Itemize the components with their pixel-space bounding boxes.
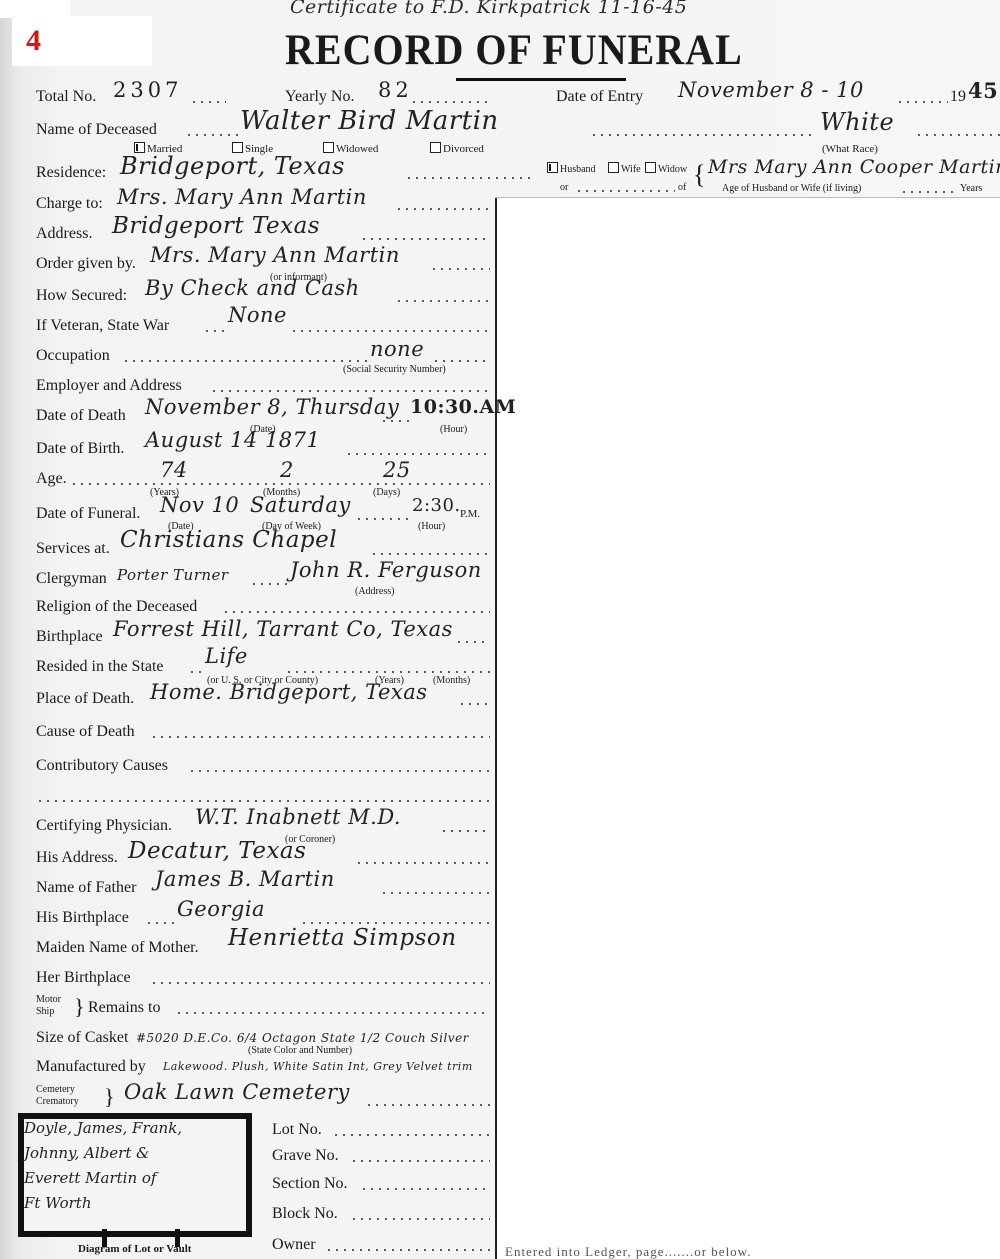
brace: }: [104, 1084, 115, 1110]
dotted-line: [365, 1104, 490, 1106]
dotted-line: [355, 518, 410, 520]
spouse-age-unit: Years: [960, 183, 982, 194]
date-of-entry-value: November 8 - 10: [678, 78, 864, 102]
dotted-line: [122, 360, 367, 362]
services-at-value: Christians Chapel: [120, 527, 337, 553]
spouse-or: or: [560, 182, 568, 193]
father-birthplace-value: Georgia: [177, 897, 265, 921]
age-months-value: 2: [280, 458, 294, 482]
dotted-line: [410, 101, 488, 103]
occupation-value: none: [370, 337, 424, 361]
address-value: Bridgeport Texas: [112, 213, 320, 239]
funeral-hour-caption: (Hour): [418, 521, 445, 532]
physician-label: Certifying Physician.: [36, 817, 172, 835]
his-address-label: His Address.: [36, 849, 118, 867]
dotted-line: [458, 703, 490, 705]
dotted-line: [185, 134, 243, 136]
dotted-line: [222, 611, 490, 613]
cemetery-value: Oak Lawn Cemetery: [124, 1080, 350, 1104]
date-of-death-value: November 8, Thursday: [145, 395, 399, 419]
dotted-line: [145, 922, 175, 924]
dotted-line: [440, 830, 490, 832]
race-value: White: [820, 108, 894, 136]
father-label: Name of Father: [36, 879, 136, 897]
yearly-no-value: 82: [378, 78, 413, 102]
block-no-label: Block No.: [272, 1205, 338, 1223]
casket-value: #5020 D.E.Co. 6/4 Octagon State 1/2 Couc…: [136, 1031, 469, 1045]
dotted-line: [150, 982, 490, 984]
his-address-value: Decatur, Texas: [128, 838, 306, 864]
date-of-entry-label: Date of Entry: [556, 88, 643, 106]
brace: }: [74, 994, 85, 1020]
ledger-footer-text: Entered into Ledger, page.......or below…: [505, 1244, 751, 1259]
dotted-line: [915, 134, 1000, 136]
religion-label: Religion of the Deceased: [36, 598, 197, 616]
dotted-line: [350, 1160, 490, 1162]
dotted-line: [360, 1188, 490, 1190]
marital-divorced[interactable]: Divorced: [430, 142, 484, 155]
year-prefix: 19: [950, 88, 966, 106]
dotted-line: [70, 483, 490, 485]
certificate-note: Certificate to F.D. Kirkpatrick 11-16-45: [290, 0, 687, 18]
date-of-funeral-label: Date of Funeral.: [36, 505, 140, 523]
age-years-value: 74: [160, 458, 188, 482]
title-underline: [456, 78, 626, 81]
funeral-date-value: Nov 10: [160, 493, 239, 517]
dotted-line: [355, 862, 490, 864]
dotted-line: [360, 238, 490, 240]
clergyman-label: Clergyman: [36, 570, 107, 588]
clergyman-address-value: John R. Ferguson: [290, 558, 482, 582]
total-no-value: 2307: [113, 78, 182, 102]
dotted-line: [188, 671, 203, 673]
spouse-role-widow[interactable]: Widow: [645, 162, 687, 175]
funeral-ampm: P.M.: [460, 508, 480, 520]
dotted-line: [188, 770, 490, 772]
order-given-by-label: Order given by.: [36, 255, 136, 273]
dotted-line: [896, 101, 948, 103]
place-of-death-label: Place of Death.: [36, 690, 134, 708]
casket-caption: (State Color and Number): [248, 1045, 352, 1056]
cause-of-death-label: Cause of Death: [36, 723, 135, 741]
dotted-line: [332, 1134, 490, 1136]
name-of-deceased-label: Name of Deceased: [36, 121, 157, 139]
date-of-birth-label: Date of Birth.: [36, 440, 124, 458]
date-of-birth-value: August 14 1871: [145, 428, 320, 452]
services-at-label: Services at.: [36, 540, 110, 558]
order-given-by-value: Mrs. Mary Ann Martin: [150, 243, 400, 267]
motor-ship-label: MotorShip: [36, 994, 61, 1018]
manufactured-by-value: Lakewood. Plush, White Satin Int, Grey V…: [163, 1060, 473, 1073]
spouse-role-wife[interactable]: Wife: [608, 162, 641, 175]
lot-no-label: Lot No.: [272, 1121, 322, 1139]
funeral-hour-value: 2:30.: [412, 495, 461, 516]
social-security-caption: (Social Security Number): [343, 364, 446, 375]
page-number: 4: [26, 24, 41, 58]
diagram-caption: Diagram of Lot or Vault: [78, 1243, 191, 1255]
dotted-line: [325, 1249, 490, 1251]
resided-value: Life: [205, 644, 248, 668]
dotted-line: [190, 101, 226, 103]
deceased-name-value: Walter Bird Martin: [240, 106, 499, 136]
brace: {: [693, 160, 705, 190]
right-notes-panel: [495, 198, 1000, 1259]
dotted-line: [300, 922, 490, 924]
race-caption: (What Race): [822, 143, 878, 155]
mother-value: Henrietta Simpson: [228, 925, 457, 951]
employer-label: Employer and Address: [36, 377, 182, 395]
age-label: Age.: [36, 470, 67, 488]
death-hour-caption: (Hour): [440, 424, 467, 435]
death-hour-value: 10:30.AM: [410, 396, 516, 418]
dotted-line: [380, 892, 490, 894]
dotted-line: [900, 191, 958, 193]
dotted-line: [150, 736, 490, 738]
yearly-no-label: Yearly No.: [285, 88, 354, 106]
dotted-line: [350, 1218, 490, 1220]
dotted-line: [590, 134, 815, 136]
clergyman-value: Porter Turner: [117, 566, 229, 584]
age-days-caption: (Days): [373, 487, 400, 498]
dotted-line: [36, 800, 490, 802]
divorced-checkbox[interactable]: [430, 142, 441, 153]
dotted-line: [175, 1012, 490, 1014]
dotted-line: [395, 208, 490, 210]
husband-checkbox[interactable]: [547, 162, 558, 173]
dotted-line: [250, 583, 288, 585]
dotted-line: [203, 330, 228, 332]
remains-to-label: Remains to: [88, 999, 160, 1017]
spouse-name-value: Mrs Mary Ann Cooper Martin: [708, 156, 1000, 178]
address-label: Address.: [36, 225, 92, 243]
funeral-day-value: Saturday: [250, 493, 351, 517]
section-no-label: Section No.: [272, 1175, 348, 1193]
diagram-text: Doyle, James, Frank, Johnny, Albert & Ev…: [24, 1116, 182, 1216]
casket-label: Size of Casket: [36, 1029, 128, 1047]
dotted-line: [455, 641, 490, 643]
grave-no-label: Grave No.: [272, 1147, 339, 1165]
how-secured-value: By Check and Cash: [145, 276, 360, 300]
birthplace-value: Forrest Hill, Tarrant Co, Texas: [113, 617, 453, 641]
page-number-badge: 4: [12, 16, 152, 66]
dotted-line: [285, 671, 490, 673]
place-of-death-value: Home. Bridgeport, Texas: [150, 680, 428, 704]
widow-checkbox[interactable]: [645, 162, 656, 173]
dotted-line: [430, 268, 490, 270]
charge-to-value: Mrs. Mary Ann Martin: [117, 185, 367, 209]
owner-label: Owner: [272, 1236, 316, 1254]
father-birthplace-label: His Birthplace: [36, 909, 129, 927]
dotted-line: [370, 553, 490, 555]
dotted-line: [405, 177, 535, 179]
resided-label: Resided in the State: [36, 658, 164, 676]
how-secured-label: How Secured:: [36, 287, 127, 305]
cemetery-crematory-label: CemeteryCrematory: [36, 1084, 79, 1108]
spouse-role-husband[interactable]: Husband: [547, 162, 596, 175]
residence-label: Residence:: [36, 164, 106, 182]
date-of-death-label: Date of Death: [36, 407, 126, 425]
physician-value: W.T. Inabnett M.D.: [195, 805, 401, 829]
dotted-line: [380, 420, 410, 422]
residence-value: Bridgeport, Texas: [120, 152, 345, 180]
veteran-value: None: [228, 303, 287, 327]
dotted-line: [210, 390, 490, 392]
manufactured-by-label: Manufactured by: [36, 1058, 146, 1076]
veteran-label: If Veteran, State War: [36, 317, 169, 335]
clergyman-address-caption: (Address): [355, 586, 394, 597]
dotted-line: [395, 300, 490, 302]
spouse-of: of: [678, 182, 686, 193]
year-suffix: 45: [968, 78, 998, 103]
dotted-line: [575, 190, 675, 192]
occupation-label: Occupation: [36, 347, 110, 365]
contributory-causes-label: Contributory Causes: [36, 757, 168, 775]
page-title: RECORD OF FUNERAL: [285, 24, 743, 75]
mother-label: Maiden Name of Mother.: [36, 939, 199, 957]
total-no-label: Total No.: [36, 88, 96, 106]
dotted-line: [432, 360, 490, 362]
age-days-value: 25: [383, 458, 411, 482]
wife-checkbox[interactable]: [608, 162, 619, 173]
mother-birthplace-label: Her Birthplace: [36, 969, 131, 987]
spouse-age-label: Age of Husband or Wife (if living): [722, 183, 861, 194]
charge-to-label: Charge to:: [36, 195, 103, 213]
father-value: James B. Martin: [155, 867, 335, 891]
resided-months-caption: (Months): [433, 675, 470, 686]
birthplace-label: Birthplace: [36, 628, 103, 646]
dotted-line: [290, 330, 490, 332]
dotted-line: [345, 453, 490, 455]
